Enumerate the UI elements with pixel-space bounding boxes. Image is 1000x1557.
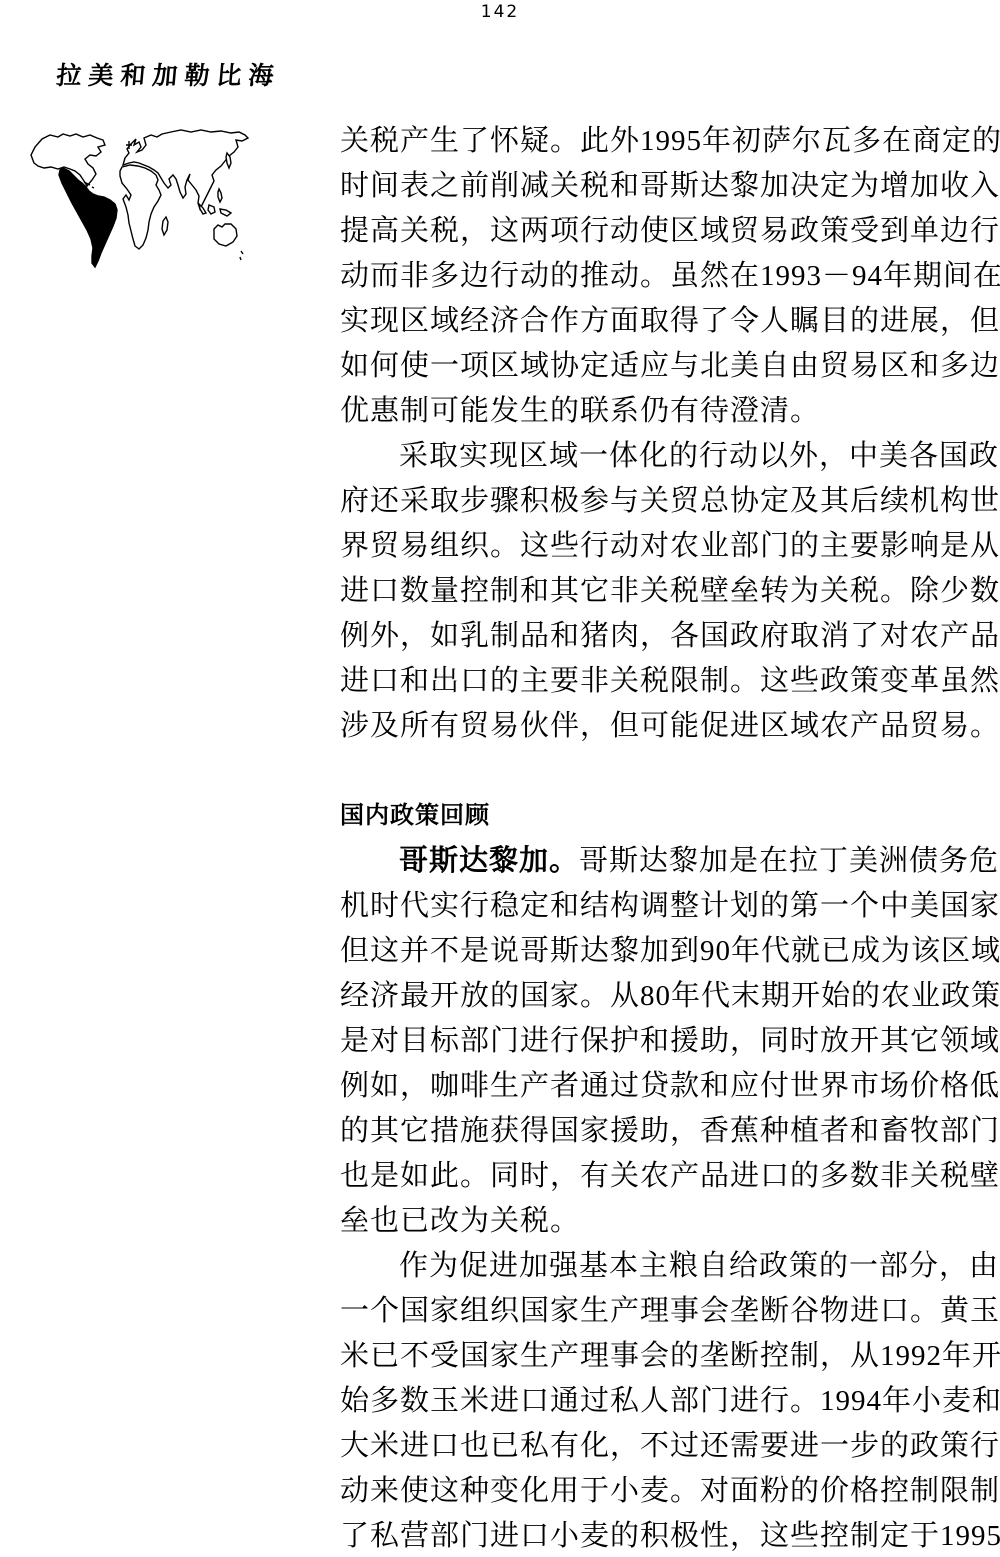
text-line: 如何使一项区域协定适应与北美自由贸易区和多边 (340, 344, 1000, 389)
text-line: 动来使这种变化用于小麦。对面粉的价格控制限制 (340, 1469, 1000, 1514)
region-heading: 拉美和加勒比海 (55, 56, 282, 92)
text-line: 是对目标部门进行保护和援助，同时放开其它领域。 (340, 1019, 1000, 1064)
text-line: 例如，咖啡生产者通过贷款和应付世界市场价格低 (340, 1064, 1000, 1109)
text-line: 例外，如乳制品和猪肉，各国政府取消了对农产品 (340, 614, 1000, 659)
page-number: 142 (0, 2, 1000, 22)
text-line: 一个国家组织国家生产理事会垄断谷物进口。黄玉 (340, 1289, 1000, 1334)
text-line: 界贸易组织。这些行动对农业部门的主要影响是从 (340, 524, 1000, 569)
text-line: 大米进口也已私有化，不过还需要进一步的政策行 (340, 1424, 1000, 1469)
madagascar-outline (162, 217, 168, 235)
text-line-paragraph-start: 哥斯达黎加。哥斯达黎加是在拉丁美洲债务危 (340, 839, 1000, 884)
text-line: 的其它措施获得国家援助，香蕉种植者和畜牧部门 (340, 1109, 1000, 1154)
text-line: 进口数量控制和其它非关税壁垒转为关税。除少数 (340, 569, 1000, 614)
text-line: 涉及所有贸易伙伴，但可能促进区域农产品贸易。 (340, 704, 1000, 749)
text-line-paragraph-start: 作为促进加强基本主粮自给政策的一部分，由 (340, 1244, 1000, 1289)
text-line: 实现区域经济合作方面取得了令人瞩目的进展，但 (340, 299, 1000, 344)
text-line: 始多数玉米进口通过私人部门进行。1994年小麦和 (340, 1379, 1000, 1424)
body-text-column: 关税产生了怀疑。此外1995年初萨尔瓦多在商定的 时间表之前削减关税和哥斯达黎加… (340, 119, 1000, 1557)
new-zealand-outline (240, 251, 243, 260)
australia-outline (214, 224, 237, 246)
new-guinea-outline (220, 209, 231, 216)
text-line: 垒也已改为关税。 (340, 1199, 1000, 1244)
world-map (30, 125, 260, 275)
text-line: 优惠制可能发生的联系仍有待澄清。 (340, 389, 1000, 434)
text-line: 关税产生了怀疑。此外1995年初萨尔瓦多在商定的 (340, 119, 1000, 164)
text-line: 经济最开放的国家。从80年代末期开始的农业政策 (340, 974, 1000, 1019)
africa-outline (120, 165, 161, 249)
text-line: 提高关税，这两项行动使区域贸易政策受到单边行 (340, 209, 1000, 254)
section-heading-domestic-policy: 国内政策回顾 (340, 794, 1000, 839)
text-line: 了私营部门进口小麦的积极性，这些控制定于1995 (340, 1514, 1000, 1557)
philippines-outline (218, 189, 222, 202)
text-line: 机时代实行稳定和结构调整计划的第一个中美国家。 (340, 884, 1000, 929)
text-line: 也是如此。同时，有关农产品进口的多数非关税壁 (340, 1154, 1000, 1199)
text-line: 动而非多边行动的推动。虽然在1993－94年期间在 (340, 254, 1000, 299)
run-in-heading-costa-rica: 哥斯达黎加。 (399, 845, 579, 877)
text-line-paragraph-start: 采取实现区域一体化的行动以外，中美各国政 (340, 434, 1000, 479)
text-line: 时间表之前削减关税和哥斯达黎加决定为增加收入 (340, 164, 1000, 209)
document-page: 142 拉美和加勒比海 (0, 0, 1000, 1557)
text-line: 进口和出口的主要非关税限制。这些政策变革虽然 (340, 659, 1000, 704)
text-line: 府还采取步骤积极参与关贸总协定及其后续机构世 (340, 479, 1000, 524)
text-line: 但这并不是说哥斯达黎加到90年代就已成为该区域 (340, 929, 1000, 974)
borneo-outline (208, 205, 215, 214)
text-line: 哥斯达黎加是在拉丁美洲债务危 (579, 845, 999, 877)
text-line: 米已不受国家生产理事会的垄断控制，从1992年开 (340, 1334, 1000, 1379)
